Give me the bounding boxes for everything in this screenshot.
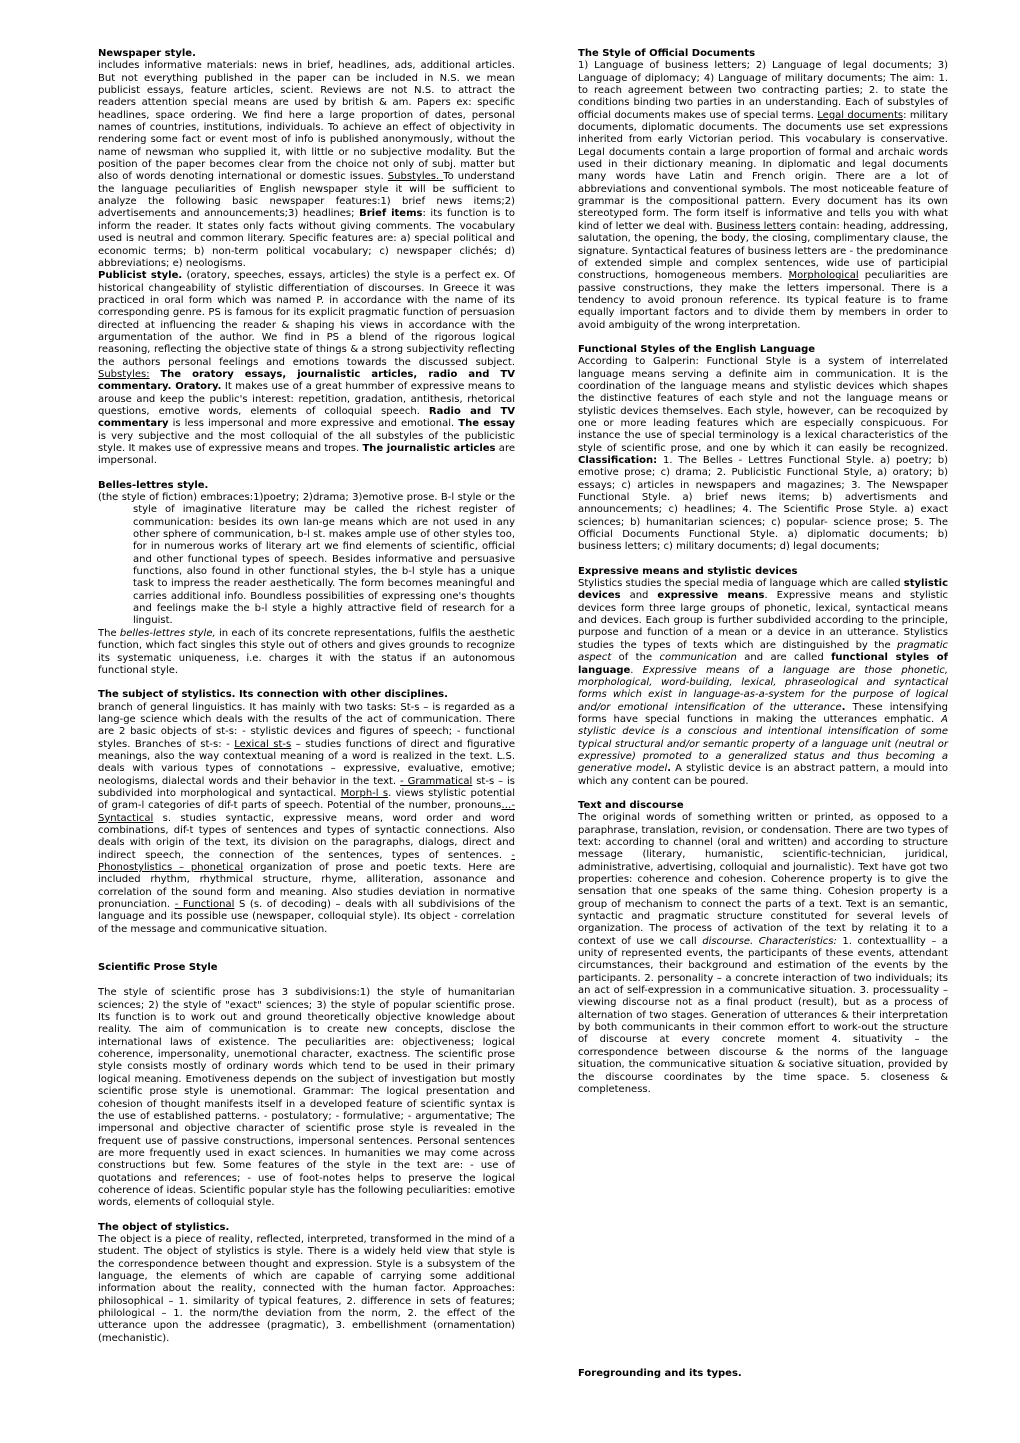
section-heading: Expressive means and stylistic devices — [578, 566, 948, 578]
text-run — [150, 369, 161, 380]
section-heading: Text and discourse — [578, 800, 948, 812]
section-heading: Newspaper style. — [98, 48, 515, 60]
text-run: The essay — [458, 418, 515, 429]
text-run: Characteristics: — [759, 936, 837, 947]
section-heading: Scientific Prose Style — [98, 962, 515, 974]
text-run: belles-lettres style, — [120, 628, 216, 639]
text-run: Expressive means and stylistic devices — [578, 566, 798, 577]
paragraph: Stylistics studies the special media of … — [578, 578, 948, 788]
text-run: The style of scientific prose has 3 subd… — [98, 987, 515, 1208]
text-run: of the — [611, 652, 659, 663]
text-run: The journalistic articles — [362, 443, 495, 454]
paragraph: 1) Language of business letters; 2) Lang… — [578, 60, 948, 332]
text-run: Morph-l s — [341, 788, 388, 799]
text-run: and are called — [737, 652, 831, 663]
paragraph: branch of general linguistics. It has ma… — [98, 702, 515, 937]
text-run: 1. contextuallity – a unity of represent… — [578, 936, 948, 1095]
section-heading: Functional Styles of the English Languag… — [578, 344, 948, 356]
text-run: includes informative materials: news in … — [98, 60, 515, 182]
text-run: Morphological — [789, 270, 859, 281]
text-run: - Functional — [175, 899, 235, 910]
section-heading: The subject of stylistics. Its connectio… — [98, 689, 515, 701]
text-run: expressive means — [657, 590, 764, 601]
text-run: Business letters — [716, 221, 796, 232]
text-run: Publicist style. — [98, 270, 187, 281]
text-run: (the style of fiction) embraces:1)poetry… — [98, 492, 515, 626]
section-heading: Belles-lettres style. — [98, 480, 515, 492]
text-run: Substyles: — [98, 369, 150, 380]
text-run: Newspaper style. — [98, 48, 196, 59]
text-run: According to Galperin: Functional Style … — [578, 356, 948, 453]
paragraph: The belles-lettres style, in each of its… — [98, 628, 515, 677]
paragraph: Publicist style. (oratory, speeches, ess… — [98, 270, 515, 468]
text-run: Belles-lettres style. — [98, 480, 208, 491]
text-run: Substyles. — [388, 171, 443, 182]
paragraph: includes informative materials: news in … — [98, 60, 515, 270]
text-run: Lexical st-s — [234, 739, 291, 750]
text-run: (oratory, speeches, essays, articles) th… — [98, 270, 515, 367]
text-run: Scientific Prose Style — [98, 962, 218, 973]
text-run: The object is a piece of reality, reflec… — [98, 1234, 515, 1344]
text-run: Legal documents — [817, 110, 903, 121]
text-run: s. studies syntactic, expressive means, … — [98, 813, 515, 861]
text-run: communication — [660, 652, 737, 663]
text-run: Foregrounding and its types. — [578, 1368, 742, 1379]
text-run: Text and discourse — [578, 800, 684, 811]
paragraph: The style of scientific prose has 3 subd… — [98, 987, 515, 1209]
paragraph: The object is a piece of reality, reflec… — [98, 1234, 515, 1345]
paragraph: The original words of something written … — [578, 812, 948, 1096]
text-run: : military documents, diplomatic documen… — [578, 110, 948, 232]
section-heading: Foregrounding and its types. — [578, 1368, 742, 1380]
text-run: - Grammatical — [400, 776, 472, 787]
text-run: Brief items — [359, 208, 422, 219]
text-run: The subject of stylistics. Its connectio… — [98, 689, 448, 700]
left-column: Newspaper style.includes informative mat… — [98, 48, 515, 1345]
text-run: is less impersonal and more expressive a… — [169, 418, 459, 429]
text-run: The Style of Official Documents — [578, 48, 755, 59]
section-heading: The object of stylistics. — [98, 1222, 515, 1234]
text-run: Functional Styles of the English Languag… — [578, 344, 815, 355]
right-column: The Style of Official Documents1) Langua… — [578, 48, 948, 1096]
text-run: discourse. — [702, 936, 753, 947]
section-heading: The Style of Official Documents — [578, 48, 948, 60]
paragraph: According to Galperin: Functional Style … — [578, 356, 948, 554]
document-page: Newspaper style.includes informative mat… — [0, 0, 1020, 1443]
text-run: Stylistics studies the special media of … — [578, 578, 904, 589]
text-run: and — [621, 590, 658, 601]
text-run: The — [98, 628, 120, 639]
text-run: . — [630, 665, 642, 676]
text-run: The original words of something written … — [578, 812, 948, 946]
text-run: Classification: — [578, 455, 657, 466]
text-run: The object of stylistics. — [98, 1222, 229, 1233]
paragraph: (the style of fiction) embraces:1)poetry… — [98, 492, 515, 628]
text-run: 1. The Belles - Lettres Functional Style… — [578, 455, 948, 552]
